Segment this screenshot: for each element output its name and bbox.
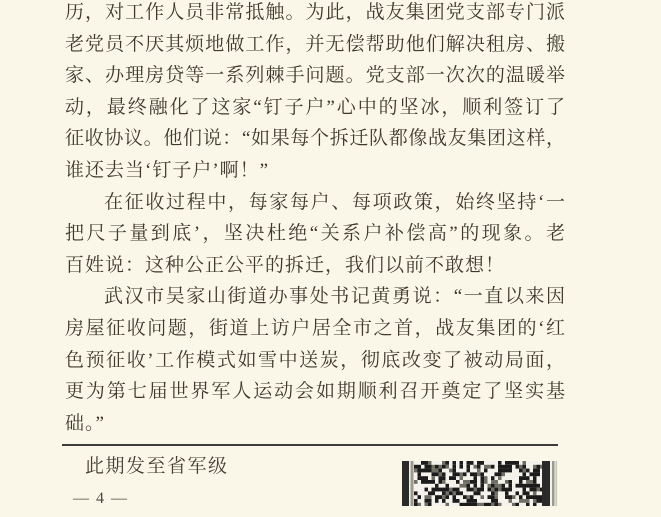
text-line: 房屋征收问题，街道上访户居全市之首，战友集团的‘红 [65,313,565,345]
page-number: — 4 — [73,490,129,508]
text-line: 征收协议。他们说：“如果每个拆迁队都像战友集团这样， [65,123,565,155]
document-page: 历，对工作人员非常抵触。为此，战友集团党支部专门派 老党员不厌其烦地做工作，并无… [0,0,661,517]
text-line: 历，对工作人员非常抵触。为此，战友集团党支部专门派 [65,0,565,29]
footer-divider [62,444,558,446]
text-line: 谁还去当‘钉子户’啊！” [65,155,565,187]
text-line: 武汉市吴家山街道办事处书记黄勇说：“一直以来因 [65,281,565,313]
text-line: 老党员不厌其烦地做工作，并无偿帮助他们解决租房、搬 [65,29,565,61]
distribution-note: 此期发至省军级 [85,455,229,479]
text-line: 动，最终融化了这家“钉子户”心中的坚冰，顺利签订了 [65,92,565,124]
text-line: 础。” [65,408,565,440]
text-line: 色预征收’工作模式如雪中送炭，彻底改变了被动局面， [65,345,565,377]
text-line: 把尺子量到底’，坚决杜绝“关系户补偿高”的现象。老 [65,218,565,250]
article-body: 历，对工作人员非常抵触。为此，战友集团党支部专门派 老党员不厌其烦地做工作，并无… [65,0,565,439]
text-line: 在征收过程中，每家每户、每项政策，始终坚持‘一 [65,187,565,219]
text-line: 家、办理房贷等一系列棘手问题。党支部一次次的温暖举 [65,60,565,92]
text-line: 百姓说：这种公正公平的拆迁，我们以前不敢想！ [65,250,565,282]
barcode-icon [402,461,558,506]
text-line: 更为第七届世界军人运动会如期顺利召开奠定了坚实基 [65,376,565,408]
